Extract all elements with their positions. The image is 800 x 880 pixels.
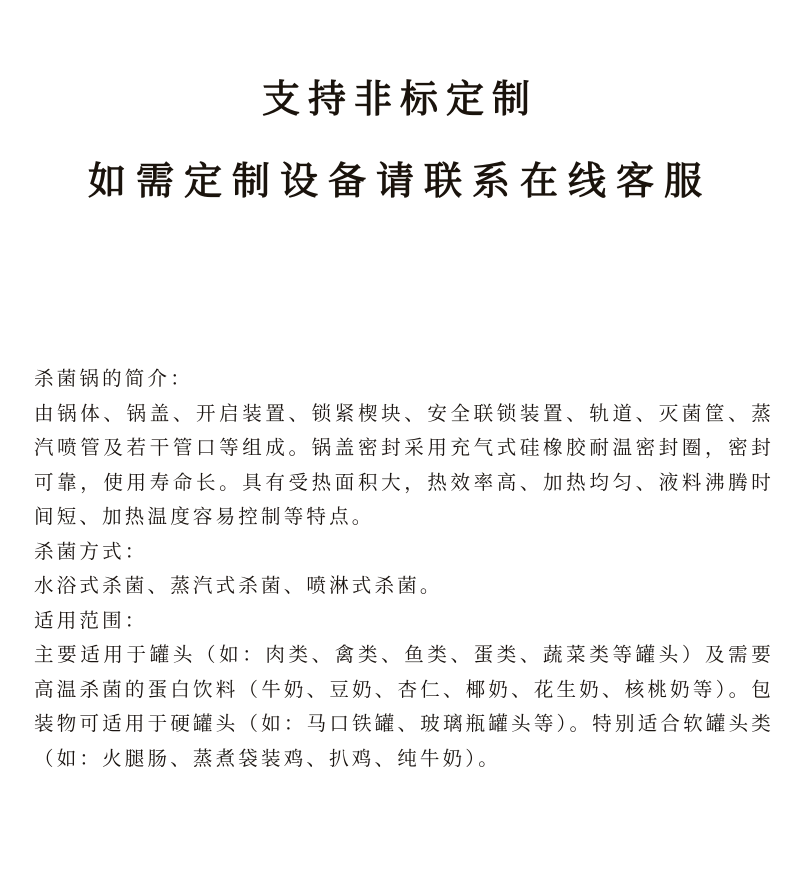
headline-custom-support: 支持非标定制: [0, 68, 800, 123]
product-description: 杀菌锅的简介： 由锅体、锅盖、开启装置、锁紧楔块、安全联锁装置、轨道、灭菌筐、蒸…: [34, 362, 774, 776]
section-heading-scope: 适用范围：: [34, 604, 774, 639]
section-heading-method: 杀菌方式：: [34, 535, 774, 570]
headline-contact-service: 如需定制设备请联系在线客服: [0, 150, 800, 205]
section-heading-intro: 杀菌锅的简介：: [34, 362, 774, 397]
section-text-method: 水浴式杀菌、蒸汽式杀菌、喷淋式杀菌。: [34, 569, 774, 604]
section-text-intro: 由锅体、锅盖、开启装置、锁紧楔块、安全联锁装置、轨道、灭菌筐、蒸汽喷管及若干管口…: [34, 397, 774, 535]
section-text-scope: 主要适用于罐头（如：肉类、禽类、鱼类、蛋类、蔬菜类等罐头）及需要高温杀菌的蛋白饮…: [34, 638, 774, 776]
